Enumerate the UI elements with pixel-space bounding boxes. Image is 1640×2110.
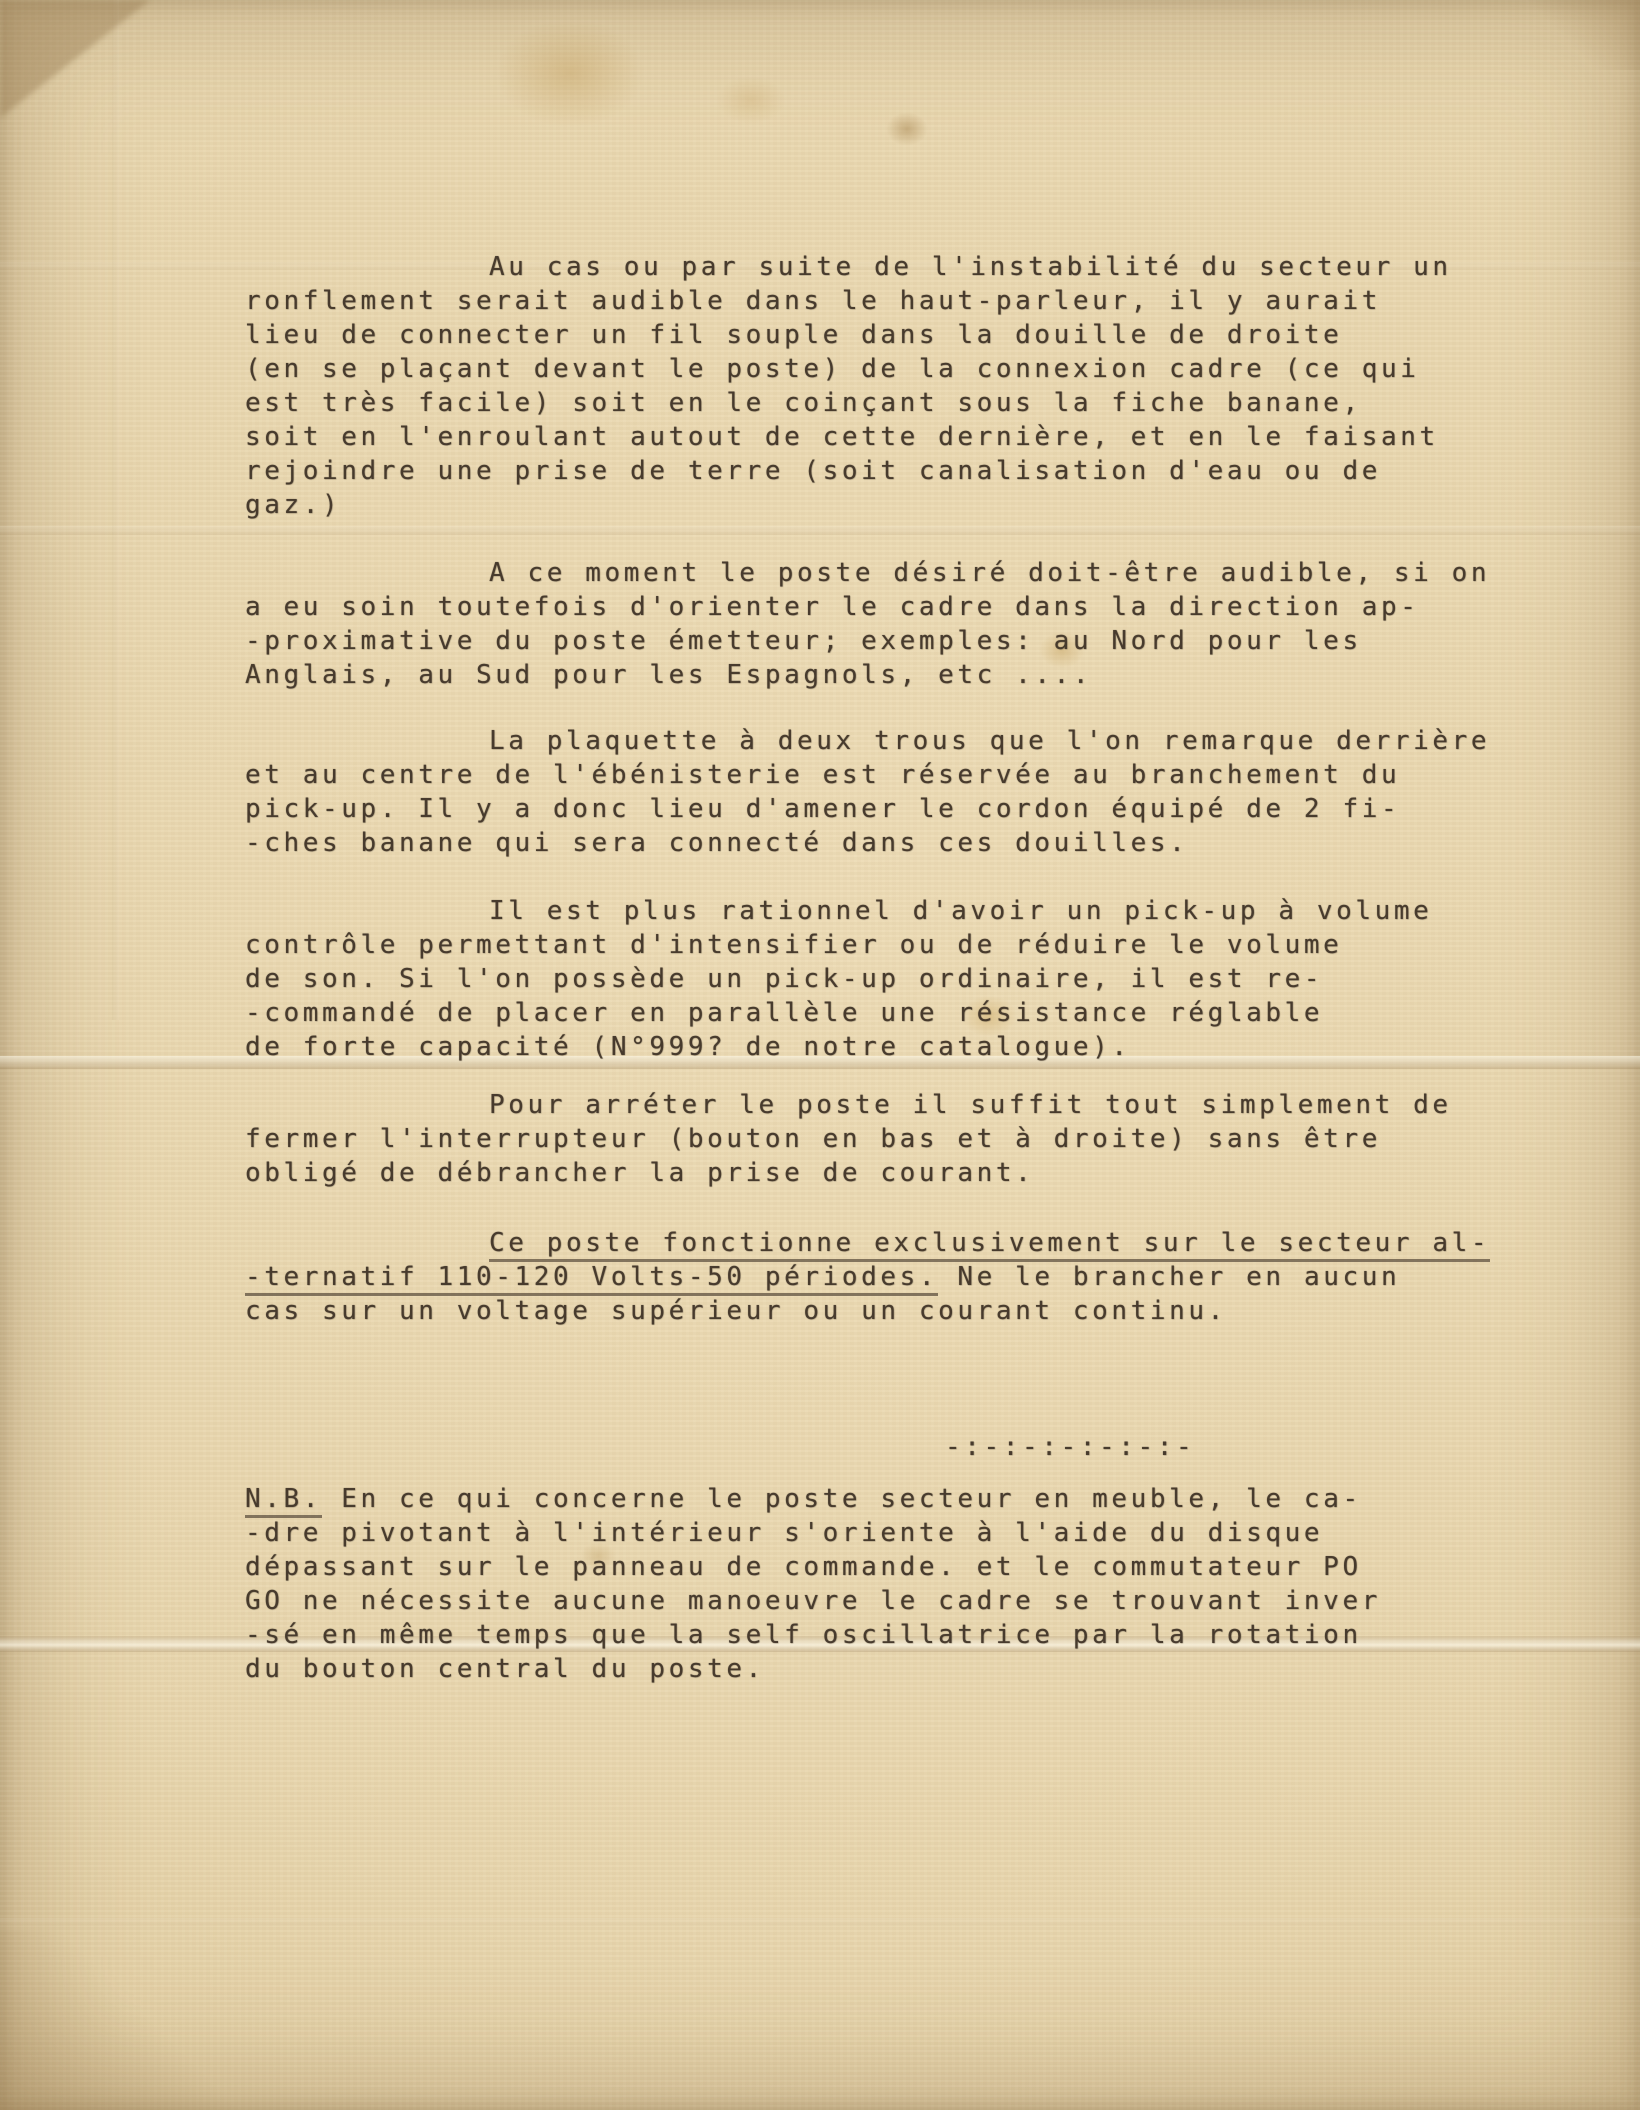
- nota-bene-paragraph: N.B. En ce qui concerne le poste secteur…: [245, 1482, 1420, 1686]
- plain-text: En ce qui concerne le poste secteur en m…: [322, 1484, 1362, 1514]
- typewritten-line: Anglais, au Sud pour les Espagnols, etc …: [245, 658, 1420, 692]
- paper-stain: [495, 18, 645, 128]
- paper-stain: [886, 112, 928, 146]
- typewritten-line: et au centre de l'ébénisterie est réserv…: [245, 758, 1420, 792]
- typewritten-line: est très facile) soit en le coinçant sou…: [245, 386, 1420, 420]
- bottom-left-corner-shadow: [0, 1930, 260, 2110]
- top-left-corner-fold: [0, 0, 150, 118]
- typewritten-line: de son. Si l'on possède un pick-up ordin…: [245, 962, 1420, 996]
- typewritten-line: du bouton central du poste.: [245, 1652, 1420, 1686]
- typewritten-line: ronflement serait audible dans le haut-p…: [245, 284, 1420, 318]
- plain-text: Ne le brancher en aucun: [938, 1262, 1400, 1292]
- paper-crease: [0, 526, 1640, 535]
- typewritten-line: N.B. En ce qui concerne le poste secteur…: [245, 1482, 1420, 1516]
- section-separator: -:-:-:-:-:-:-: [245, 1430, 1420, 1464]
- typewritten-line: -proximative du poste émetteur; exemples…: [245, 624, 1420, 658]
- typewritten-line: de forte capacité (N°999? de notre catal…: [245, 1030, 1420, 1064]
- paragraph-orientation: A ce moment le poste désiré doit-être au…: [245, 556, 1420, 692]
- typewritten-line: a eu soin toutefois d'orienter le cadre …: [245, 590, 1420, 624]
- typewritten-line-underlined: Ce poste fonctionne exclusivement sur le…: [245, 1226, 1420, 1260]
- paragraph-pickup-plaquette: La plaquette à deux trous que l'on remar…: [245, 724, 1420, 860]
- top-right-corner-shadow: [1520, 0, 1640, 70]
- typewritten-line: rejoindre une prise de terre (soit canal…: [245, 454, 1420, 488]
- typewritten-line: Au cas ou par suite de l'instabilité du …: [245, 250, 1420, 284]
- typewritten-line: A ce moment le poste désiré doit-être au…: [245, 556, 1420, 590]
- typewritten-line: -ches banane qui sera connecté dans ces …: [245, 826, 1420, 860]
- typewritten-line: (en se plaçant devant le poste) de la co…: [245, 352, 1420, 386]
- paragraph-pickup-volume: Il est plus rationnel d'avoir un pick-up…: [245, 894, 1420, 1064]
- paper-crease-vertical: [112, 0, 119, 1020]
- paper-stain: [716, 76, 786, 124]
- typewritten-line: gaz.): [245, 488, 1420, 522]
- typewritten-line: lieu de connecter un fil souple dans la …: [245, 318, 1420, 352]
- separator-dashes: -:-:-:-:-:-:-: [245, 1430, 1420, 1464]
- typewritten-line: soit en l'enroulant autout de cette dern…: [245, 420, 1420, 454]
- typewritten-line: obligé de débrancher la prise de courant…: [245, 1156, 1420, 1190]
- typewritten-line-underlined: -ternatif 110-120 Volts-50 périodes. Ne …: [245, 1260, 1420, 1294]
- typewritten-line: fermer l'interrupteur (bouton en bas et …: [245, 1122, 1420, 1156]
- typewritten-line: dépassant sur le panneau de commande. et…: [245, 1550, 1420, 1584]
- typewritten-line: Il est plus rationnel d'avoir un pick-up…: [245, 894, 1420, 928]
- typewritten-line: Pour arréter le poste il suffit tout sim…: [245, 1088, 1420, 1122]
- typewritten-line: cas sur un voltage supérieur ou un coura…: [245, 1294, 1420, 1328]
- typewritten-line: -sé en même temps que la self oscillatri…: [245, 1618, 1420, 1652]
- paragraph-mains-hum: Au cas ou par suite de l'instabilité du …: [245, 250, 1420, 522]
- underlined-text: Ce poste fonctionne exclusivement sur le…: [489, 1228, 1490, 1262]
- nb-label: N.B.: [245, 1484, 322, 1518]
- typewritten-line: La plaquette à deux trous que l'on remar…: [245, 724, 1420, 758]
- underlined-text: -ternatif 110-120 Volts-50 périodes.: [245, 1262, 938, 1296]
- typewritten-line: GO ne nécessite aucune manoeuvre le cadr…: [245, 1584, 1420, 1618]
- paper-crease: [0, 1918, 1640, 1926]
- typewritten-line: pick-up. Il y a donc lieu d'amener le co…: [245, 792, 1420, 826]
- typewritten-line: -dre pivotant à l'intérieur s'oriente à …: [245, 1516, 1420, 1550]
- typewritten-line: -commandé de placer en parallèle une rés…: [245, 996, 1420, 1030]
- scanned-document-page: Au cas ou par suite de l'instabilité du …: [0, 0, 1640, 2110]
- typewritten-line: contrôle permettant d'intensifier ou de …: [245, 928, 1420, 962]
- paragraph-switch-off: Pour arréter le poste il suffit tout sim…: [245, 1088, 1420, 1190]
- paragraph-voltage-warning: Ce poste fonctionne exclusivement sur le…: [245, 1226, 1420, 1328]
